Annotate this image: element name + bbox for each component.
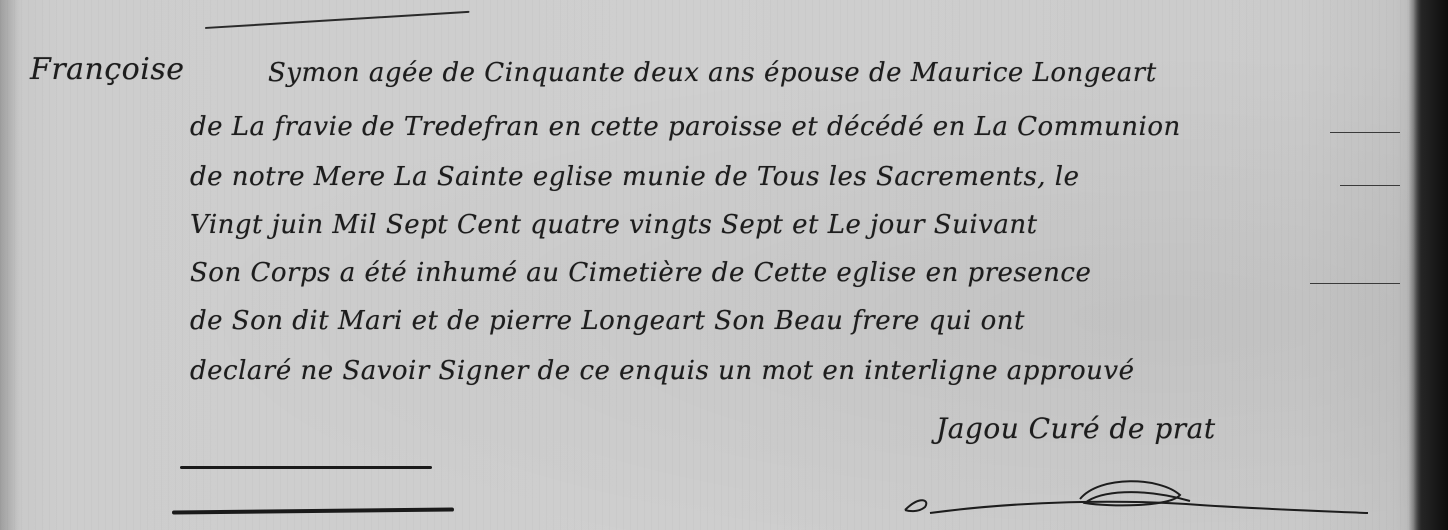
priest-signature: Jagou Curé de prat bbox=[936, 412, 1216, 445]
entry-line-5: Son Corps a été inhumé au Cimetière de C… bbox=[190, 258, 1091, 288]
entry-line-7: declaré ne Savoir Signer de ce enquis un… bbox=[190, 356, 1134, 386]
page-left-shadow bbox=[0, 0, 22, 530]
line-filler-stroke bbox=[1310, 283, 1400, 284]
entry-line-1: Symon agée de Cinquante deux ans épouse … bbox=[268, 58, 1157, 88]
entry-line-4: Vingt juin Mil Sept Cent quatre vingts S… bbox=[190, 210, 1038, 240]
signature-flourish-icon bbox=[900, 455, 1370, 515]
line-filler-stroke bbox=[1330, 132, 1400, 133]
entry-end-rule bbox=[180, 466, 432, 469]
margin-name: Françoise bbox=[30, 52, 184, 87]
binding-edge bbox=[1414, 0, 1448, 530]
entry-line-3: de notre Mere La Sainte eglise munie de … bbox=[190, 162, 1080, 192]
register-page: Françoise Symon agée de Cinquante deux a… bbox=[0, 0, 1448, 530]
entry-line-2: de La fravie de Tredefran en cette paroi… bbox=[190, 112, 1181, 142]
entry-end-rule bbox=[172, 508, 454, 515]
previous-entry-end-stroke bbox=[205, 11, 470, 29]
entry-line-6: de Son dit Mari et de pierre Longeart So… bbox=[190, 306, 1025, 336]
line-filler-stroke bbox=[1340, 185, 1400, 186]
